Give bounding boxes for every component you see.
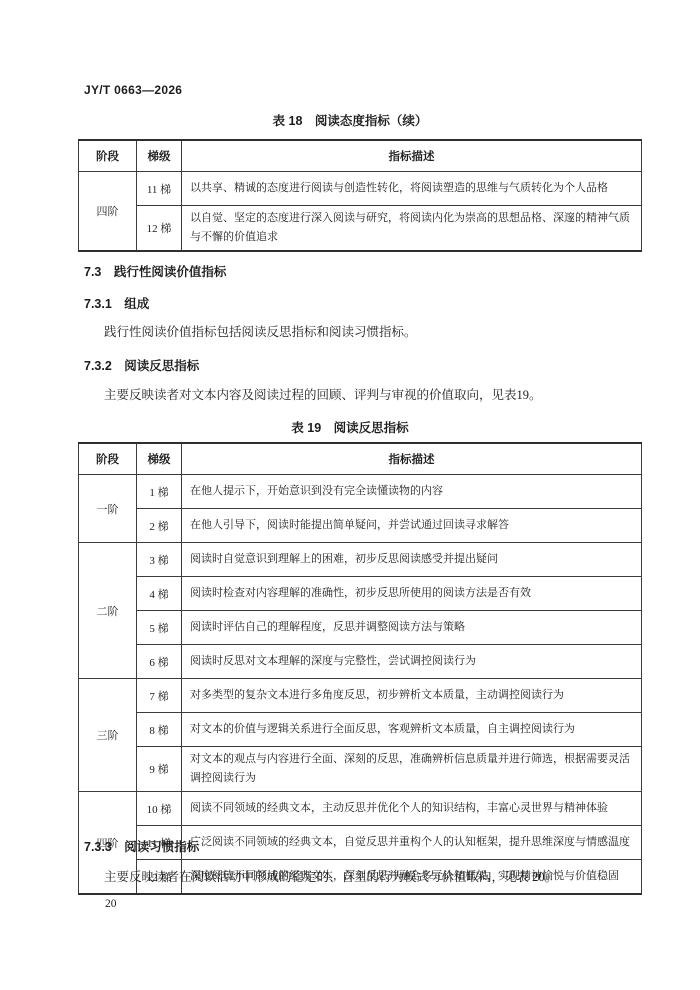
table-header-row: 阶段梯级指标描述 — [79, 443, 642, 475]
desc-cell: 在他人提示下，开始意识到没有完全读懂读物的内容 — [182, 475, 642, 509]
stage-cell: 三阶 — [79, 679, 137, 792]
level-cell: 6 梯 — [137, 645, 182, 679]
desc-cell: 阅读时评估自己的理解程度，反思并调整阅读方法与策略 — [182, 611, 642, 645]
level-cell: 11 梯 — [137, 172, 182, 206]
level-cell: 12 梯 — [137, 206, 182, 252]
level-cell: 7 梯 — [137, 679, 182, 713]
table-row: 4 梯阅读时检查对内容理解的准确性，初步反思所使用的阅读方法是否有效 — [79, 577, 642, 611]
level-cell: 9 梯 — [137, 747, 182, 792]
table-row: 9 梯对文本的观点与内容进行全面、深刻的反思，准确辨析信息质量并进行筛选，根据需… — [79, 747, 642, 792]
table-row: 一阶1 梯在他人提示下，开始意识到没有完全读懂读物的内容 — [79, 475, 642, 509]
level-cell: 5 梯 — [137, 611, 182, 645]
desc-cell: 阅读时反思对文本理解的深度与完整性，尝试调控阅读行为 — [182, 645, 642, 679]
stage-cell: 一阶 — [79, 475, 137, 543]
desc-cell: 对文本的观点与内容进行全面、深刻的反思，准确辨析信息质量并进行筛选，根据需要灵活… — [182, 747, 642, 792]
level-cell: 1 梯 — [137, 475, 182, 509]
desc-cell: 以共享、精诚的态度进行阅读与创造性转化，将阅读塑造的思维与气质转化为个人品格 — [182, 172, 642, 206]
table-row: 四阶11 梯以共享、精诚的态度进行阅读与创造性转化，将阅读塑造的思维与气质转化为… — [79, 172, 642, 206]
stage-cell: 二阶 — [79, 543, 137, 679]
table-row: 12 梯以自觉、坚定的态度进行深入阅读与研究，将阅读内化为崇高的思想品格、深邃的… — [79, 206, 642, 252]
table-row: 8 梯对文本的价值与逻辑关系进行全面反思，客观辨析文本质量，自主调控阅读行为 — [79, 713, 642, 747]
paragraph-7-3-2: 主要反映读者对文本内容及阅读过程的回顾、评判与审视的价值取向，见表19。 — [104, 387, 640, 404]
stage-cell: 四阶 — [79, 172, 137, 252]
table19: 阶段梯级指标描述一阶1 梯在他人提示下，开始意识到没有完全读懂读物的内容2 梯在… — [78, 442, 642, 895]
desc-cell: 阅读时检查对内容理解的准确性，初步反思所使用的阅读方法是否有效 — [182, 577, 642, 611]
desc-cell: 阅读不同领域的经典文本，主动反思并优化个人的知识结构，丰富心灵世界与精神体验 — [182, 792, 642, 826]
document-page: JY/T 0663—2026 表 18 阅读态度指标（续） 阶段梯级指标描述四阶… — [0, 0, 700, 990]
table-row: 5 梯阅读时评估自己的理解程度，反思并调整阅读方法与策略 — [79, 611, 642, 645]
paragraph-7-3-3: 主要反映读者在阅读活动中形成的稳定的、自主的行为模式与价值取向，见表 20。 — [104, 869, 640, 886]
header-level: 梯级 — [137, 443, 182, 475]
table-row: 二阶3 梯阅读时自觉意识到理解上的困难，初步反思阅读感受并提出疑问 — [79, 543, 642, 577]
section-7-3-2-heading: 7.3.2 阅读反思指标 — [84, 356, 199, 374]
table19-title: 表 19 阅读反思指标 — [0, 418, 700, 436]
doc-number: JY/T 0663—2026 — [84, 83, 182, 97]
desc-cell: 对文本的价值与逻辑关系进行全面反思，客观辨析文本质量，自主调控阅读行为 — [182, 713, 642, 747]
table-header-row: 阶段梯级指标描述 — [79, 140, 642, 172]
header-stage: 阶段 — [79, 140, 137, 172]
header-desc: 指标描述 — [182, 140, 642, 172]
table18-title: 表 18 阅读态度指标（续） — [0, 111, 700, 129]
header-desc: 指标描述 — [182, 443, 642, 475]
section-7-3-3-heading: 7.3.3 阅读习惯指标 — [84, 837, 199, 855]
level-cell: 2 梯 — [137, 509, 182, 543]
desc-cell: 对多类型的复杂文本进行多角度反思，初步辨析文本质量，主动调控阅读行为 — [182, 679, 642, 713]
desc-cell: 阅读时自觉意识到理解上的困难，初步反思阅读感受并提出疑问 — [182, 543, 642, 577]
header-stage: 阶段 — [79, 443, 137, 475]
header-level: 梯级 — [137, 140, 182, 172]
desc-cell: 广泛阅读不同领域的经典文本，自觉反思并重构个人的认知框架，提升思维深度与情感温度 — [182, 826, 642, 860]
level-cell: 10 梯 — [137, 792, 182, 826]
desc-cell: 在他人引导下，阅读时能提出简单疑问，并尝试通过回读寻求解答 — [182, 509, 642, 543]
paragraph-7-3-1: 践行性阅读价值指标包括阅读反思指标和阅读习惯指标。 — [104, 324, 640, 341]
level-cell: 8 梯 — [137, 713, 182, 747]
desc-cell: 以自觉、坚定的态度进行深入阅读与研究，将阅读内化为崇高的思想品格、深邃的精神气质… — [182, 206, 642, 252]
level-cell: 4 梯 — [137, 577, 182, 611]
table18: 阶段梯级指标描述四阶11 梯以共享、精诚的态度进行阅读与创造性转化，将阅读塑造的… — [78, 139, 642, 252]
table-row: 三阶7 梯对多类型的复杂文本进行多角度反思，初步辨析文本质量，主动调控阅读行为 — [79, 679, 642, 713]
table-row: 四阶10 梯阅读不同领域的经典文本，主动反思并优化个人的知识结构，丰富心灵世界与… — [79, 792, 642, 826]
table-row: 2 梯在他人引导下，阅读时能提出简单疑问，并尝试通过回读寻求解答 — [79, 509, 642, 543]
table-row: 6 梯阅读时反思对文本理解的深度与完整性，尝试调控阅读行为 — [79, 645, 642, 679]
level-cell: 3 梯 — [137, 543, 182, 577]
section-7-3-1-heading: 7.3.1 组成 — [84, 294, 149, 312]
page-number: 20 — [105, 898, 117, 910]
section-7-3-heading: 7.3 践行性阅读价值指标 — [84, 262, 226, 280]
